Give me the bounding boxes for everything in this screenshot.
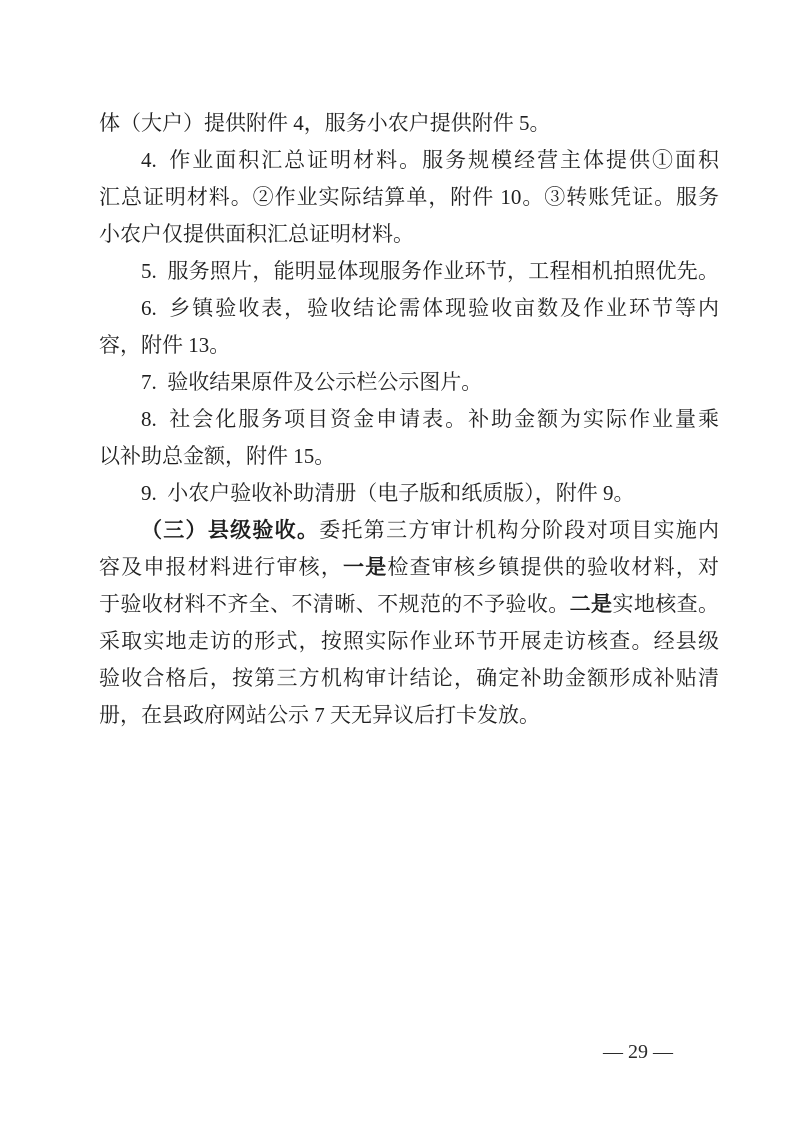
text-run: 采取实地走访的形式，按照实际作业环节开展走访核查。经县级: [99, 629, 719, 653]
text-run: 8. 社会化服务项目资金申请表。补助金额为实际作业量乘: [141, 407, 719, 431]
text-run: 汇总证明材料。②作业实际结算单，附件 10。③转账凭证。服务: [99, 185, 719, 209]
text-line: 小农户仅提供面积汇总证明材料。: [99, 216, 719, 253]
text-run: 以补助总金额，附件 15。: [99, 444, 335, 468]
section-heading-text: （三）县级验收。: [141, 518, 319, 542]
text-run: 9. 小农户验收补助清册（电子版和纸质版），附件 9。: [141, 481, 635, 505]
emphasis-text: 二是: [570, 592, 613, 616]
text-run: 5. 服务照片，能明显体现服务作业环节，工程相机拍照优先。: [141, 259, 719, 283]
text-line-item-8: 8. 社会化服务项目资金申请表。补助金额为实际作业量乘: [99, 401, 719, 438]
text-line-item-5: 5. 服务照片，能明显体现服务作业环节，工程相机拍照优先。: [99, 253, 719, 290]
text-line-item-9: 9. 小农户验收补助清册（电子版和纸质版），附件 9。: [99, 475, 719, 512]
text-line-item-7: 7. 验收结果原件及公示栏公示图片。: [99, 364, 719, 401]
text-line: 体（大户）提供附件 4，服务小农户提供附件 5。: [99, 105, 719, 142]
text-run: 体（大户）提供附件 4，服务小农户提供附件 5。: [99, 111, 551, 135]
text-line-item-4: 4. 作业面积汇总证明材料。服务规模经营主体提供①面积: [99, 142, 719, 179]
text-run: 检查审核乡镇提供的验收材料，对: [387, 555, 719, 579]
text-line: 验收合格后，按第三方机构审计结论，确定补助金额形成补贴清: [99, 660, 719, 697]
text-line-item-6: 6. 乡镇验收表，验收结论需体现验收亩数及作业环节等内: [99, 290, 719, 327]
text-run: 册，在县政府网站公示 7 天无异议后打卡发放。: [99, 703, 540, 727]
text-line-section-heading: （三）县级验收。委托第三方审计机构分阶段对项目实施内: [99, 512, 719, 549]
text-line: 容，附件 13。: [99, 327, 719, 364]
page-number: — 29 —: [568, 1040, 708, 1064]
text-run: 于验收材料不齐全、不清晰、不规范的不予验收。: [99, 592, 570, 616]
document-page: { "doc": { "lines": [ { "text": "体（大户）提供…: [0, 0, 793, 1122]
text-run: 委托第三方审计机构分阶段对项目实施内: [319, 518, 719, 542]
emphasis-text: 一是: [343, 555, 387, 579]
text-line: 册，在县政府网站公示 7 天无异议后打卡发放。: [99, 697, 719, 734]
text-run: 验收合格后，按第三方机构审计结论，确定补助金额形成补贴清: [99, 666, 719, 690]
text-run: 小农户仅提供面积汇总证明材料。: [99, 222, 414, 246]
text-run: 7. 验收结果原件及公示栏公示图片。: [141, 370, 482, 394]
text-line: 容及申报材料进行审核，一是检查审核乡镇提供的验收材料，对: [99, 549, 719, 586]
text-line: 汇总证明材料。②作业实际结算单，附件 10。③转账凭证。服务: [99, 179, 719, 216]
text-run: 4. 作业面积汇总证明材料。服务规模经营主体提供①面积: [141, 148, 719, 172]
text-line: 采取实地走访的形式，按照实际作业环节开展走访核查。经县级: [99, 623, 719, 660]
text-run: 实地核查。: [612, 592, 719, 616]
text-run: 容，附件 13。: [99, 333, 230, 357]
text-line: 以补助总金额，附件 15。: [99, 438, 719, 475]
document-body: 体（大户）提供附件 4，服务小农户提供附件 5。 4. 作业面积汇总证明材料。服…: [99, 105, 719, 734]
text-line: 于验收材料不齐全、不清晰、不规范的不予验收。二是实地核查。: [99, 586, 719, 623]
text-run: 6. 乡镇验收表，验收结论需体现验收亩数及作业环节等内: [141, 296, 719, 320]
page-sheet: 体（大户）提供附件 4，服务小农户提供附件 5。 4. 作业面积汇总证明材料。服…: [0, 0, 793, 1122]
text-run: 容及申报材料进行审核，: [99, 555, 343, 579]
